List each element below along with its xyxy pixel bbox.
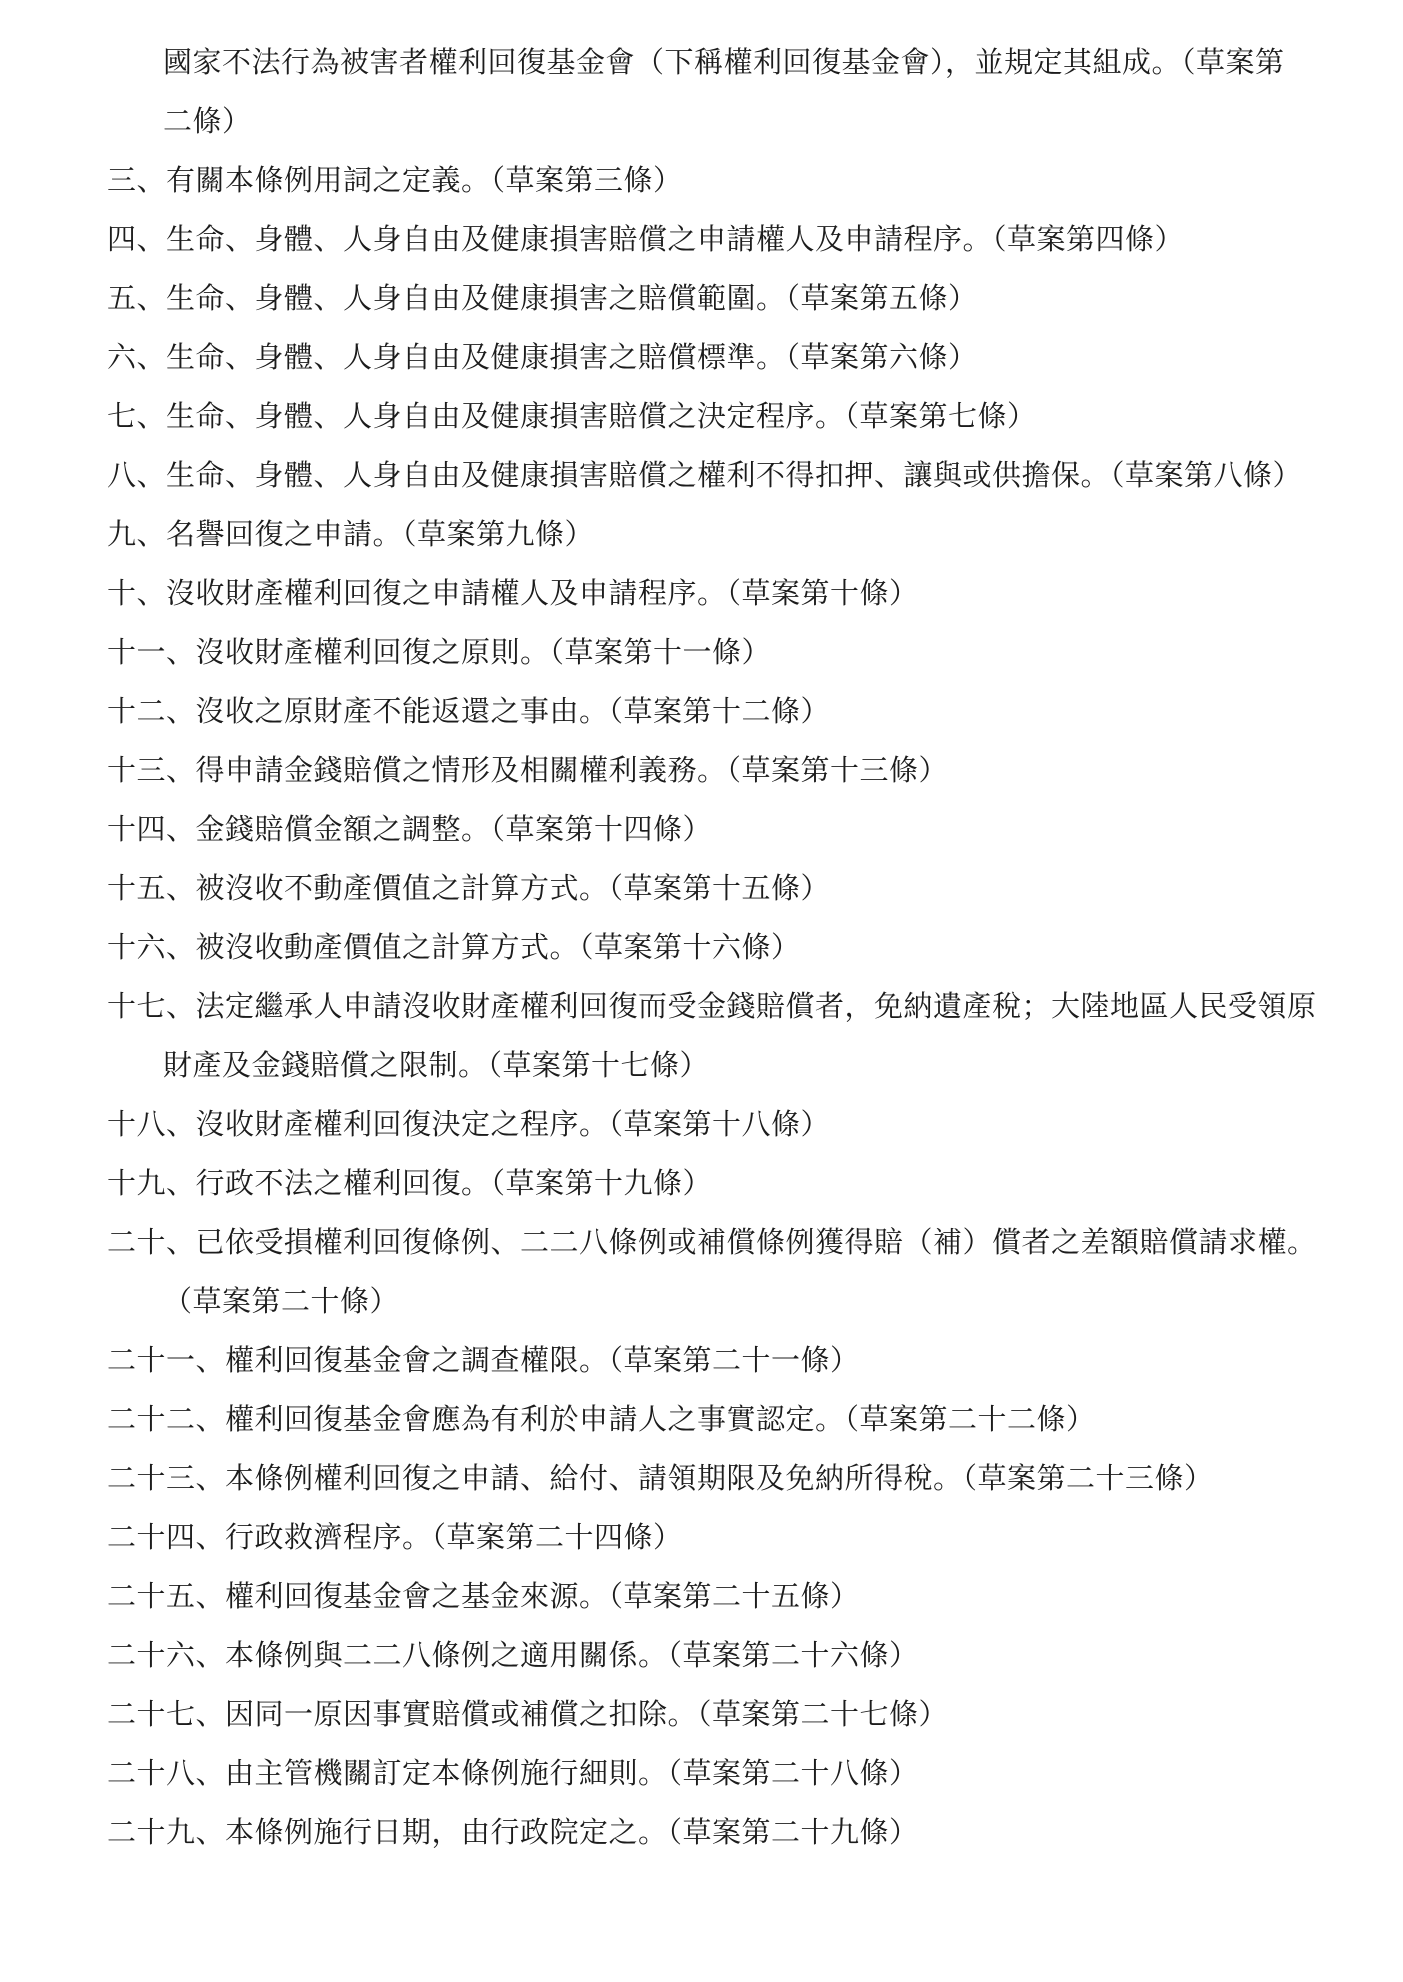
document-line: 七、生命、身體、人身自由及健康損害賠償之決定程序。（草案第七條） (0, 387, 1403, 446)
document-line: （草案第二十條） (0, 1272, 1403, 1331)
document-line: 十六、被沒收動產價值之計算方式。（草案第十六條） (0, 918, 1403, 977)
document-line: 二十八、由主管機關訂定本條例施行細則。（草案第二十八條） (0, 1744, 1403, 1803)
document-line: 十四、金錢賠償金額之調整。（草案第十四條） (0, 800, 1403, 859)
document-line: 六、生命、身體、人身自由及健康損害之賠償標準。（草案第六條） (0, 328, 1403, 387)
document-line: 二十六、本條例與二二八條例之適用關係。（草案第二十六條） (0, 1626, 1403, 1685)
document-line: 八、生命、身體、人身自由及健康損害賠償之權利不得扣押、讓與或供擔保。（草案第八條… (0, 446, 1403, 505)
document-line: 十五、被沒收不動產價值之計算方式。（草案第十五條） (0, 859, 1403, 918)
document-line: 二十二、權利回復基金會應為有利於申請人之事實認定。（草案第二十二條） (0, 1390, 1403, 1449)
document-line: 二十九、本條例施行日期，由行政院定之。（草案第二十九條） (0, 1803, 1403, 1862)
document-line: 二十七、因同一原因事實賠償或補償之扣除。（草案第二十七條） (0, 1685, 1403, 1744)
document-line: 十一、沒收財產權利回復之原則。（草案第十一條） (0, 623, 1403, 682)
document-line: 九、名譽回復之申請。（草案第九條） (0, 505, 1403, 564)
document-page: 國家不法行為被害者權利回復基金會（下稱權利回復基金會），並規定其組成。（草案第二… (0, 0, 1403, 1982)
document-line: 二十三、本條例權利回復之申請、給付、請領期限及免納所得稅。（草案第二十三條） (0, 1449, 1403, 1508)
document-line: 三、有關本條例用詞之定義。（草案第三條） (0, 151, 1403, 210)
document-line: 十九、行政不法之權利回復。（草案第十九條） (0, 1154, 1403, 1213)
document-line: 四、生命、身體、人身自由及健康損害賠償之申請權人及申請程序。（草案第四條） (0, 210, 1403, 269)
document-line: 國家不法行為被害者權利回復基金會（下稱權利回復基金會），並規定其組成。（草案第 (0, 33, 1403, 92)
document-line: 二十五、權利回復基金會之基金來源。（草案第二十五條） (0, 1567, 1403, 1626)
document-line: 財產及金錢賠償之限制。（草案第十七條） (0, 1036, 1403, 1095)
document-text-block: 國家不法行為被害者權利回復基金會（下稱權利回復基金會），並規定其組成。（草案第二… (0, 33, 1403, 1862)
document-line: 二十、已依受損權利回復條例、二二八條例或補償條例獲得賠（補）償者之差額賠償請求權… (0, 1213, 1403, 1272)
document-line: 十七、法定繼承人申請沒收財產權利回復而受金錢賠償者，免納遺產稅；大陸地區人民受領… (0, 977, 1403, 1036)
document-line: 五、生命、身體、人身自由及健康損害之賠償範圍。（草案第五條） (0, 269, 1403, 328)
document-line: 二十一、權利回復基金會之調查權限。（草案第二十一條） (0, 1331, 1403, 1390)
document-line: 十、沒收財產權利回復之申請權人及申請程序。（草案第十條） (0, 564, 1403, 623)
document-line: 二條） (0, 92, 1403, 151)
document-line: 十三、得申請金錢賠償之情形及相關權利義務。（草案第十三條） (0, 741, 1403, 800)
document-line: 十二、沒收之原財產不能返還之事由。（草案第十二條） (0, 682, 1403, 741)
document-line: 二十四、行政救濟程序。（草案第二十四條） (0, 1508, 1403, 1567)
document-line: 十八、沒收財產權利回復決定之程序。（草案第十八條） (0, 1095, 1403, 1154)
